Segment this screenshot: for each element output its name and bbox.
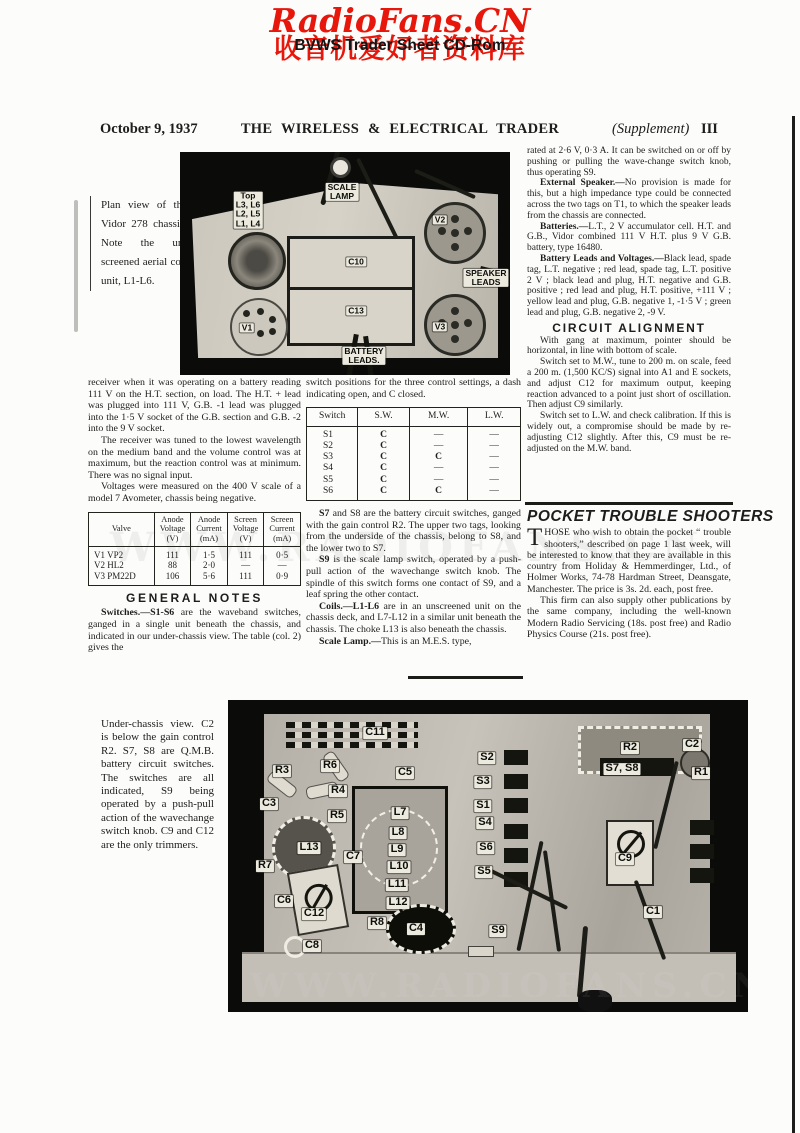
- switch-table: SwitchS.W.M.W.L.W.S1C——S2C——S3CC—S4C——S5…: [306, 407, 521, 501]
- table-cell: —: [409, 426, 468, 441]
- photo-label-r2: R2: [621, 742, 639, 754]
- data-table: SwitchS.W.M.W.L.W.S1C——S2C——S3CC—S4C——S5…: [306, 407, 521, 501]
- table-header: Anode Current (mA): [191, 512, 228, 546]
- scanned-page: 收音机爱好者资料库 RadioFans.CN BVWS Trader Sheet…: [0, 0, 800, 1133]
- photo-label-top-l3-l6-l2-l5-l1-l4: Top L3, L6 L2, L5 L1, L4: [234, 192, 263, 229]
- table-cell: S6: [307, 486, 358, 501]
- photo-label-l12: L12: [387, 897, 410, 909]
- photo-label-c10: C10: [346, 257, 366, 266]
- photo-label-c9: C9: [616, 853, 634, 865]
- condenser-block-c10-c13: [287, 236, 415, 346]
- wave-switch-s4: [504, 824, 528, 839]
- table-cell: —: [227, 560, 263, 571]
- table-cell: —: [468, 486, 521, 501]
- capacitor-c11-pack: [286, 732, 418, 738]
- photo-label-c11: C11: [363, 727, 387, 739]
- photo-label-c13: C13: [346, 306, 366, 315]
- column-3: rated at 2·6 V, 0·3 A. It can be switche…: [527, 146, 731, 454]
- pocket-heading: POCKET TROUBLE SHOOTERS: [527, 511, 731, 522]
- paragraph: Battery Leads and Voltages.—Black lead, …: [527, 254, 731, 319]
- table-header: L.W.: [468, 408, 521, 427]
- photo-label-s3: S3: [474, 776, 491, 788]
- photo-label-c6: C6: [275, 895, 293, 907]
- bottom-photo-caption: Under-chassis view. C2 is below the gain…: [101, 718, 214, 852]
- column-2-end-rule: [408, 676, 523, 679]
- photo-label-speaker-leads: SPEAKER LEADS: [463, 269, 508, 287]
- photo-label-v1: V1: [240, 323, 254, 332]
- photo-label-r8: R8: [368, 917, 386, 929]
- table-cell: C: [358, 486, 409, 501]
- photo-label-r5: R5: [328, 810, 346, 822]
- table-cell: —: [409, 441, 468, 452]
- table-cell: —: [468, 452, 521, 463]
- top-photo-caption: Plan view of the Vidor 278 chassis. Note…: [90, 196, 187, 291]
- aerial-coil-unit: [228, 232, 286, 290]
- table-cell: 106: [154, 571, 190, 585]
- photo-label-s2: S2: [478, 752, 495, 764]
- photo-label-v3: V3: [433, 322, 447, 331]
- photo-label-l11: L11: [386, 879, 408, 891]
- paragraph: Scale Lamp.—This is an M.E.S. type,: [306, 636, 521, 648]
- table-cell: 111: [227, 571, 263, 585]
- data-table: ValveAnode Voltage (V)Anode Current (mA)…: [88, 512, 301, 586]
- table-cell: 1·5: [191, 546, 228, 560]
- site-watermark-title: RadioFans.CN: [245, 4, 555, 37]
- table-cell: V1 VP2: [89, 546, 155, 560]
- photo-label-c5: C5: [396, 767, 414, 779]
- page-folio: III: [701, 121, 718, 137]
- table-cell: C: [409, 486, 468, 501]
- table-cell: C: [358, 441, 409, 452]
- scan-edge-line: [792, 116, 795, 1133]
- scale-lamp-switch-s9: [468, 946, 494, 957]
- photo-label-r3: R3: [273, 765, 291, 777]
- switch-bank-end: [690, 820, 714, 835]
- table-header: S.W.: [358, 408, 409, 427]
- photo-label-l7: L7: [392, 807, 409, 819]
- photo-label-s1: S1: [474, 800, 491, 812]
- table-cell: C: [409, 452, 468, 463]
- photo-label-c4: C4: [407, 923, 425, 935]
- valve-pins: [451, 307, 459, 315]
- scan-header: 收音机爱好者资料库 RadioFans.CN BVWS Trader Sheet…: [245, 4, 555, 54]
- table-cell: C: [358, 426, 409, 441]
- wave-switch-s1: [504, 798, 528, 813]
- paragraph: With gang at maximum, pointer should be …: [527, 336, 731, 358]
- table-cell: —: [468, 441, 521, 452]
- table-cell: —: [409, 475, 468, 486]
- switch-bank-end: [690, 844, 714, 859]
- valve-v1-socket: [230, 298, 288, 356]
- table-cell: —: [264, 560, 301, 571]
- scan-smudge: [74, 200, 78, 332]
- pocket-first-paragraph-text: HOSE who wish to obtain the pocket “ tro…: [527, 527, 731, 594]
- photo-label-s6: S6: [477, 842, 494, 854]
- wave-switch-s2: [504, 750, 528, 765]
- valve-pins: [451, 215, 459, 223]
- valve-pins: [243, 310, 250, 317]
- pocket-second-paragraph: This firm can also supply other publicat…: [527, 595, 731, 640]
- table-cell: V3 PM22D: [89, 571, 155, 585]
- photo-label-c12: C12: [302, 908, 326, 920]
- table-cell: C: [358, 452, 409, 463]
- valve-table: ValveAnode Voltage (V)Anode Current (mA)…: [88, 512, 301, 586]
- wave-switch-s6: [504, 848, 528, 863]
- paragraph: The receiver was tuned to the lowest wav…: [88, 435, 301, 481]
- table-cell: V2 HL2: [89, 560, 155, 571]
- section-rule: [525, 502, 733, 505]
- capacitor-c11-pack: [286, 742, 418, 748]
- photo-label-battery-leads: BATTERY LEADS.: [342, 347, 385, 365]
- photo-label-l8: L8: [390, 827, 407, 839]
- paragraph: Switches.—S1-S6 are the waveband switche…: [88, 607, 301, 653]
- table-cell: 0·5: [264, 546, 301, 560]
- table-cell: C: [358, 463, 409, 474]
- table-cell: 88: [154, 560, 190, 571]
- trimmer-c12: [287, 864, 349, 936]
- battery-speaker-text: rated at 2·6 V, 0·3 A. It can be switche…: [527, 146, 731, 319]
- circuit-alignment-text: With gang at maximum, pointer should be …: [527, 336, 731, 455]
- photo-label-v2: V2: [433, 215, 447, 224]
- photo-label-r1: R1: [692, 767, 710, 779]
- paragraph: Coils.—L1-L6 are in an unscreened unit o…: [306, 601, 521, 636]
- table-cell: 111: [154, 546, 190, 560]
- column-1: receiver when it was operating on a batt…: [88, 377, 301, 654]
- table-cell: C: [358, 475, 409, 486]
- table-cell: S5: [307, 475, 358, 486]
- switch-table-intro: switch positions for the three control s…: [306, 377, 521, 400]
- table-cell: 5·6: [191, 571, 228, 585]
- photo-label-l10: L10: [388, 861, 411, 873]
- paragraph: Switch set to M.W., tune to 200 m. on sc…: [527, 357, 731, 411]
- pocket-trouble-shooters-section: POCKET TROUBLE SHOOTERS THOSE who wish t…: [527, 511, 731, 640]
- table-cell: S2: [307, 441, 358, 452]
- paragraph: S9 is the scale lamp switch, operated by…: [306, 554, 521, 600]
- general-notes-heading: GENERAL NOTES: [88, 593, 301, 605]
- photo-label-s5: S5: [475, 866, 492, 878]
- table-cell: 0·9: [264, 571, 301, 585]
- photo-label-l9: L9: [389, 844, 406, 856]
- circuit-alignment-heading: CIRCUIT ALIGNMENT: [527, 323, 731, 334]
- column-2: switch positions for the three control s…: [306, 377, 521, 647]
- valve-v2: [424, 202, 486, 264]
- general-notes-text: Switches.—S1-S6 are the waveband switche…: [88, 607, 301, 653]
- journal-title: THE WIRELESS & ELECTRICAL TRADER: [220, 121, 580, 138]
- paragraph: rated at 2·6 V, 0·3 A. It can be switche…: [527, 146, 731, 178]
- supplement-folio: (Supplement) III: [612, 121, 737, 138]
- table-header: Screen Voltage (V): [227, 512, 263, 546]
- bottom-photo-under-chassis: C11R2C2R3R6R4R5C5S2S3S1S7, S8R1C3L7L8L9L…: [228, 700, 748, 1012]
- paragraph: Voltages were measured on the 400 V scal…: [88, 481, 301, 504]
- table-cell: —: [468, 426, 521, 441]
- table-header: M.W.: [409, 408, 468, 427]
- top-photo-plan-view: SCALE LAMPTop L3, L6 L2, L5 L1, L4V2C10S…: [180, 152, 510, 375]
- issue-date: October 9, 1937: [100, 121, 198, 138]
- table-cell: S1: [307, 426, 358, 441]
- switch-coil-notes: S7 and S8 are the battery circuit switch…: [306, 508, 521, 647]
- paragraph: S7 and S8 are the battery circuit switch…: [306, 508, 521, 554]
- photo-label-s4: S4: [476, 817, 493, 829]
- paragraph: receiver when it was operating on a batt…: [88, 377, 301, 435]
- scale-lamp-bulb: [333, 160, 348, 175]
- paragraph: Batteries.—L.T., 2 V accumulator cell. H…: [527, 222, 731, 254]
- table-header: Screen Current (mA): [264, 512, 301, 546]
- table-cell: —: [468, 463, 521, 474]
- table-header: Valve: [89, 512, 155, 546]
- table-header: Anode Voltage (V): [154, 512, 190, 546]
- photo-label-s7-s8: S7, S8: [603, 763, 640, 775]
- photo-label-r7: R7: [256, 860, 274, 872]
- supplement-label: (Supplement): [612, 121, 689, 137]
- table-header: Switch: [307, 408, 358, 427]
- battery-lead-exit: [578, 990, 612, 1012]
- cd-rom-label: BVWS Trader Sheet CD-Rom: [245, 38, 555, 54]
- photo-label-c7: C7: [344, 851, 362, 863]
- photo-label-c1: C1: [644, 906, 662, 918]
- condenser-block-divider: [287, 287, 415, 290]
- pocket-first-paragraph: THOSE who wish to obtain the pocket “ tr…: [527, 527, 731, 595]
- photo-label-c3: C3: [260, 798, 278, 810]
- photo-label-r4: R4: [329, 785, 347, 797]
- paragraph: Switch set to L.W. and check calibration…: [527, 411, 731, 454]
- photo-label-scale-lamp: SCALE LAMP: [326, 183, 359, 201]
- wave-switch-s3: [504, 774, 528, 789]
- switch-bank-end: [690, 868, 714, 883]
- capacitor-c11-pack: [286, 722, 418, 728]
- photo-label-c2: C2: [683, 739, 701, 751]
- table-cell: S4: [307, 463, 358, 474]
- table-cell: 111: [227, 546, 263, 560]
- paragraph: External Speaker.—No provision is made f…: [527, 178, 731, 221]
- voltage-test-text: receiver when it was operating on a batt…: [88, 377, 301, 505]
- table-cell: 2·0: [191, 560, 228, 571]
- table-cell: S3: [307, 452, 358, 463]
- photo-label-l13: L13: [298, 842, 321, 854]
- photo-label-r6: R6: [321, 760, 339, 772]
- paragraph: This firm can also supply other publicat…: [527, 595, 731, 640]
- table-cell: —: [409, 463, 468, 474]
- photo-label-s9: S9: [489, 925, 506, 937]
- photo-label-c8: C8: [303, 940, 321, 952]
- table-cell: —: [468, 475, 521, 486]
- drop-cap: T: [527, 527, 544, 548]
